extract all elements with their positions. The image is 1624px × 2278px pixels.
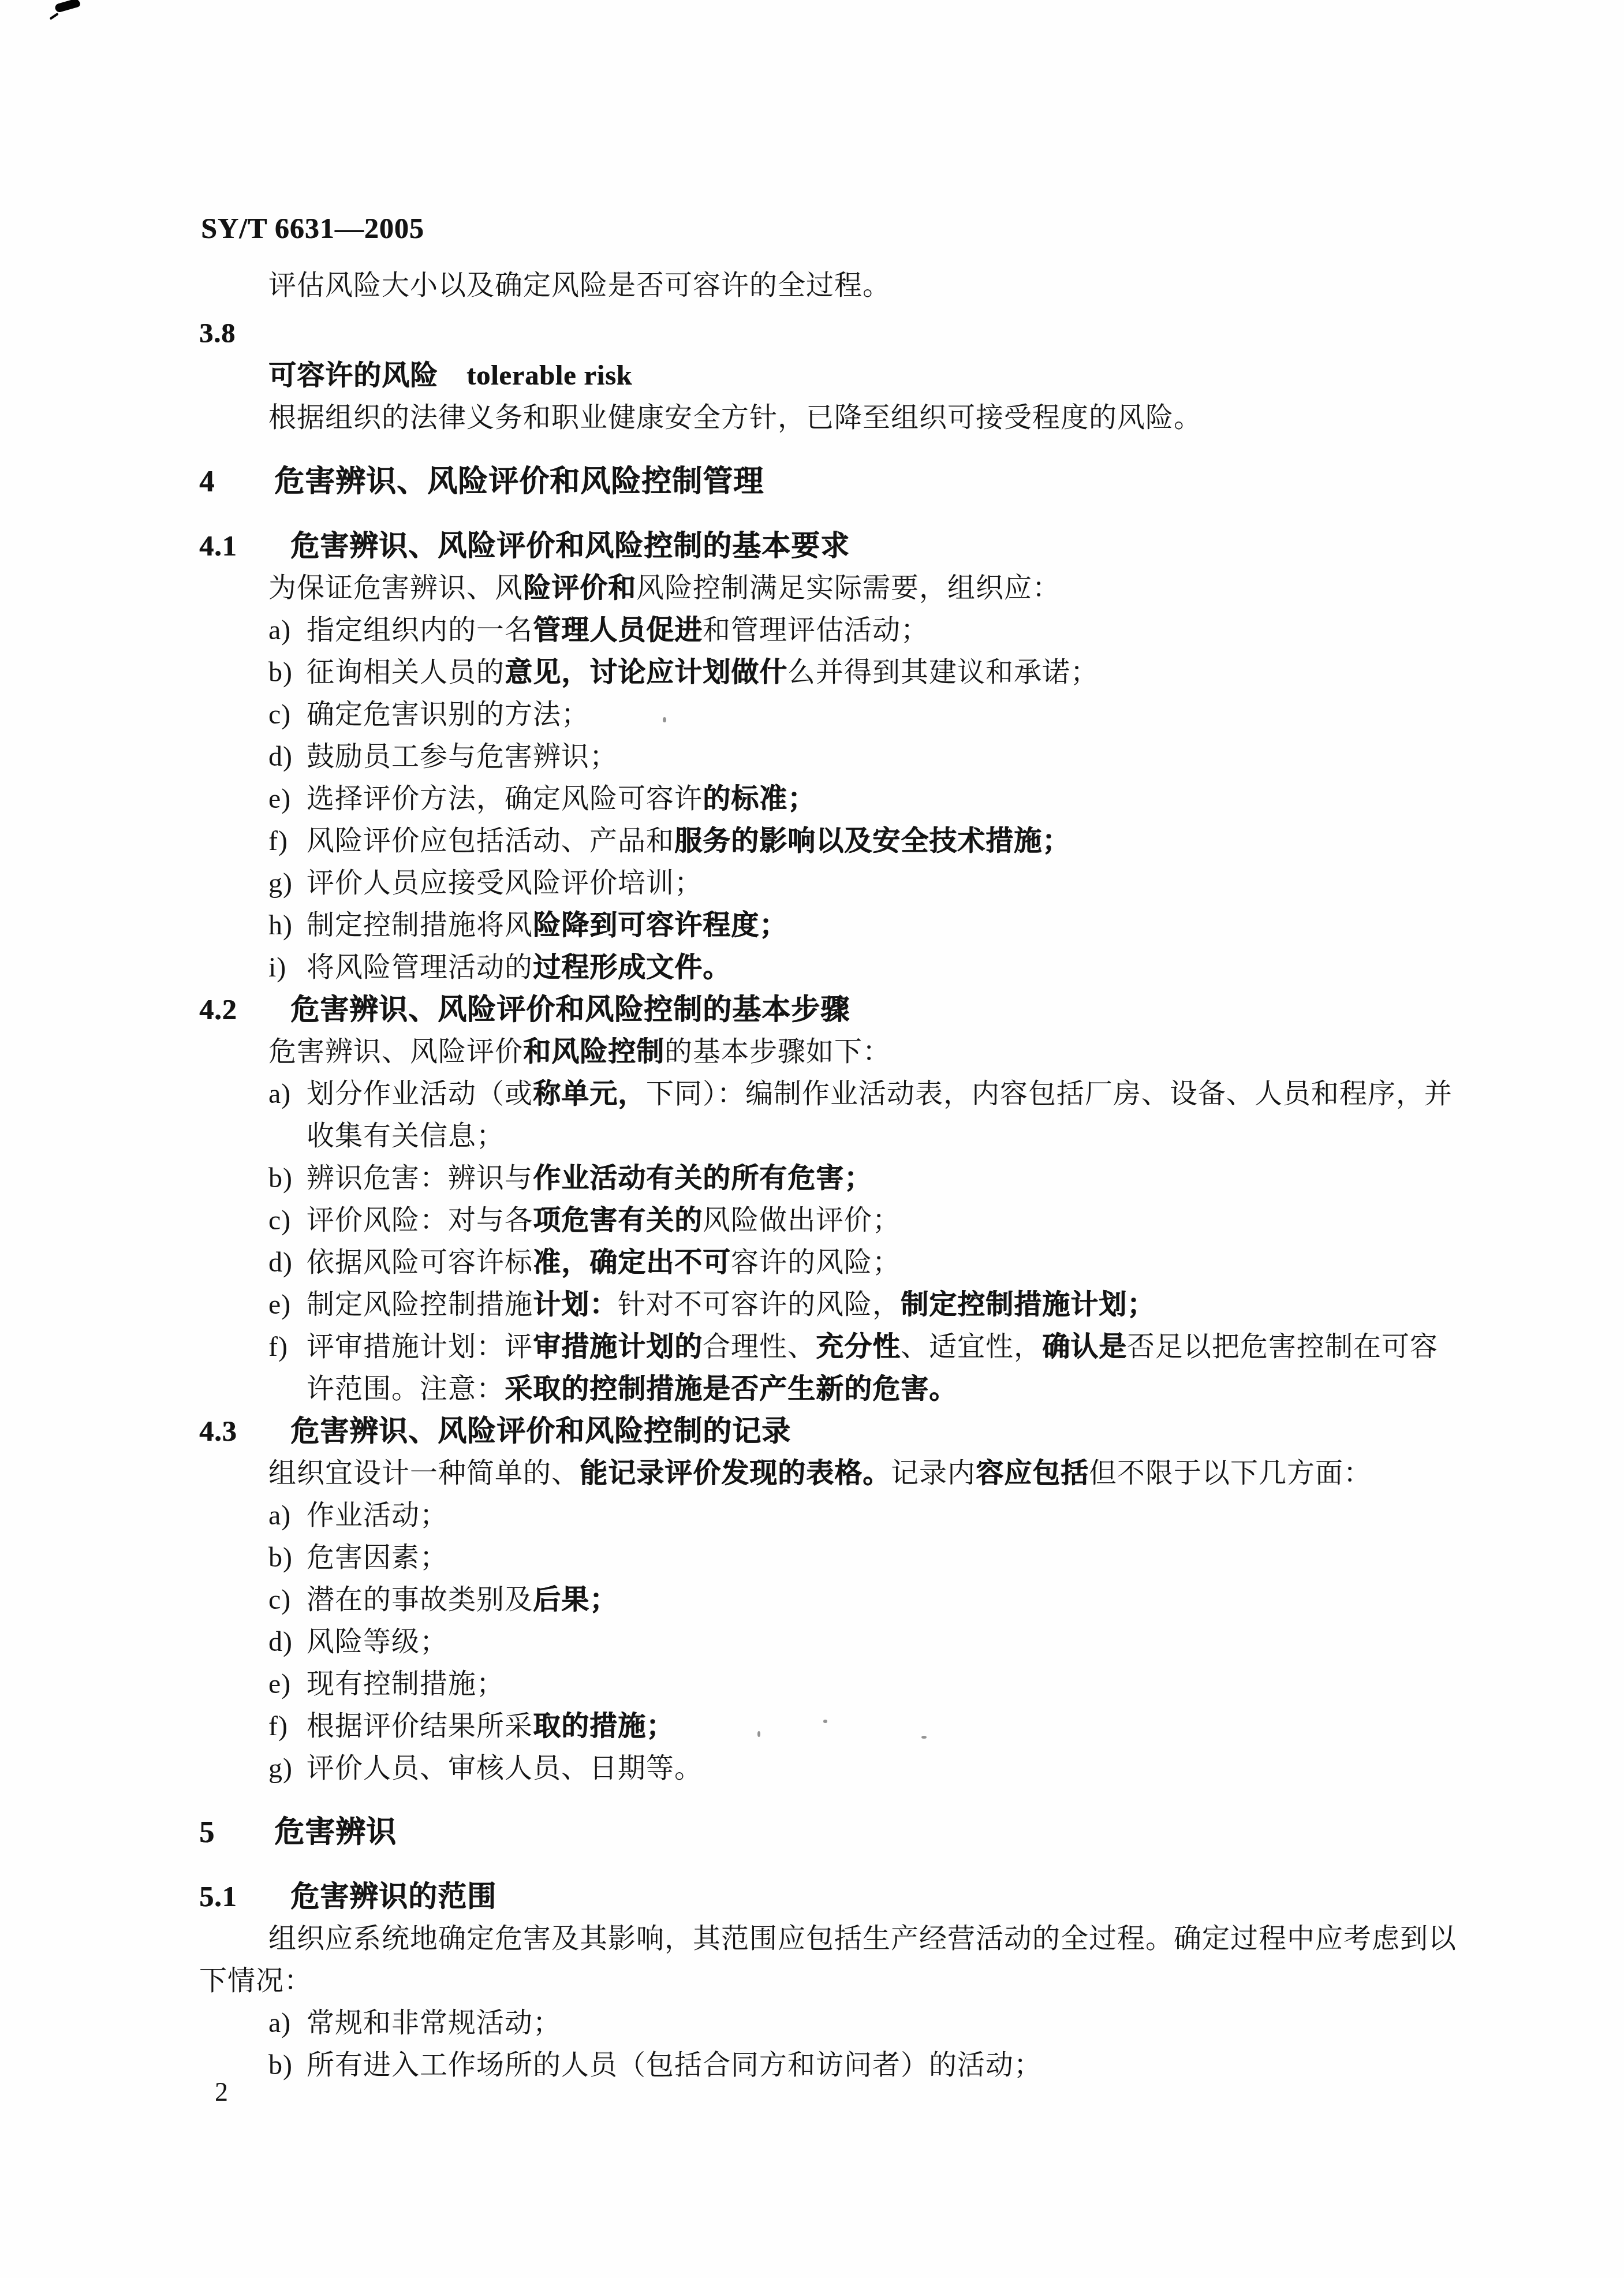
item-label: f) [268, 1705, 307, 1747]
text-segment: 征询相关人员的 [307, 657, 505, 688]
text-segment: 和管理评估活动； [703, 615, 929, 646]
text-segment: 险降到可容许程度； [533, 910, 787, 941]
text-segment: 风险控制满足实际需要，组织应： [636, 573, 1061, 603]
list-item: d)风险等级； [199, 1621, 1509, 1663]
list-item: f)评审措施计划：评审措施计划的合理性、充分性、适宜性，确认是否足以把危害控制在… [199, 1326, 1509, 1368]
text-segment: 依据风险可容许标 [307, 1247, 533, 1278]
text-segment: 评价人员应接受风险评价培训； [307, 868, 703, 898]
item-label: 5.1 [199, 1876, 290, 1918]
text-segment: 么并得到其建议和承诺； [787, 657, 1099, 688]
text-segment: 收集有关信息； [307, 1121, 505, 1151]
text-segment: 称单元， [533, 1079, 646, 1109]
item-label: 4 [199, 461, 274, 503]
paragraph: 组织宜设计一种简单的、能记录评价发现的表格。记录内容应包括但不限于以下几方面： [199, 1452, 1509, 1494]
paragraph: 危害辨识、风险评价和风险控制的基本步骤如下： [199, 1031, 1509, 1073]
page-number: 2 [215, 2078, 228, 2107]
item-label: f) [268, 1326, 307, 1368]
text-segment: 否足以把危害控制在可容 [1127, 1332, 1438, 1362]
text-segment: 容应包括 [976, 1458, 1089, 1489]
text-segment: 险评价和 [523, 573, 636, 603]
paragraph: 评估风险大小以及确定风险是否可容许的全过程。 [199, 264, 1509, 307]
item-label: e) [268, 1663, 307, 1705]
list-item: c)评价风险：对与各项危害有关的风险做出评价； [199, 1199, 1509, 1241]
paragraph: 根据组织的法律义务和职业健康安全方针，已降至组织可接受程度的风险。 [199, 397, 1509, 439]
text-segment: 将风险管理活动的 [307, 952, 533, 983]
item-label: c) [268, 694, 307, 736]
list-item: a)划分作业活动（或称单元，下同）：编制作业活动表，内容包括厂房、设备、人员和程… [199, 1073, 1509, 1115]
scan-speck [663, 717, 666, 722]
text-segment: 下同）：编制作业活动表，内容包括厂房、设备、人员和程序，并 [646, 1079, 1453, 1109]
list-item: i)将风险管理活动的过程形成文件。 [199, 946, 1509, 989]
text-segment: 过程形成文件。 [533, 952, 731, 983]
text-segment: 评审措施计划：评 [307, 1332, 533, 1362]
list-item: d)鼓励员工参与危害辨识； [199, 736, 1509, 778]
text-segment: 制定控制措施将风 [307, 910, 533, 941]
text-segment: 辨识危害：辨识与 [307, 1163, 533, 1194]
item-label: 4.3 [199, 1410, 290, 1452]
text-segment: 服务的影响以及安全技术措施； [674, 826, 1070, 856]
text-segment [438, 360, 466, 391]
text-segment: 的基本步骤如下： [664, 1037, 891, 1067]
item-label: b) [268, 651, 307, 694]
item-label: 4.2 [199, 989, 290, 1031]
text-segment: 选择评价方法，确定风险可容许 [307, 784, 703, 814]
list-item: a)作业活动； [199, 1494, 1509, 1537]
item-label: g) [268, 1747, 307, 1789]
item-label: g) [268, 862, 307, 904]
text-segment: 的标准； [703, 784, 816, 814]
text-segment: 风险评价应包括活动、产品和 [307, 826, 674, 856]
text-segment: 现有控制措施； [307, 1669, 505, 1699]
list-item: f)根据评价结果所采取的措施； [199, 1705, 1509, 1747]
list-item-continuation: 收集有关信息； [199, 1115, 1509, 1157]
list-item: f)风险评价应包括活动、产品和服务的影响以及安全技术措施； [199, 820, 1509, 862]
text-segment: 风险等级； [307, 1627, 448, 1657]
list-item: e)现有控制措施； [199, 1663, 1509, 1705]
text-segment: 危害辨识 [274, 1816, 397, 1849]
item-label: e) [268, 1284, 307, 1326]
text-segment: 作业活动； [307, 1500, 448, 1531]
list-item: a)常规和非常规活动； [199, 2002, 1509, 2044]
text-segment: 所有进入工作场所的人员（包括合同方和访问者）的活动； [307, 2050, 1042, 2081]
text-segment: 容许的风险； [731, 1247, 901, 1278]
text-segment: 制定风险控制措施 [307, 1289, 533, 1320]
text-segment: 审措施计划的 [533, 1332, 703, 1362]
list-item: e)制定风险控制措施计划：针对不可容许的风险，制定控制措施计划； [199, 1284, 1509, 1326]
text-segment: 常规和非常规活动； [307, 2008, 561, 2038]
text-segment: 取的措施； [533, 1711, 674, 1742]
item-label: c) [268, 1199, 307, 1241]
list-item-continuation: 许范围。注意：采取的控制措施是否产生新的危害。 [199, 1368, 1509, 1410]
text-segment: 3.8 [199, 318, 236, 349]
item-label: 4.1 [199, 525, 290, 567]
item-label: e) [268, 778, 307, 820]
text-segment: 记录内 [891, 1458, 976, 1489]
text-segment: 、适宜性， [901, 1332, 1042, 1362]
section-heading: 5危害辨识 [199, 1811, 1509, 1854]
document-content: 评估风险大小以及确定风险是否可容许的全过程。3.8可容许的风险 tolerabl… [0, 264, 1624, 2086]
text-segment: 计划： [533, 1289, 618, 1320]
list-item: b)危害因素； [199, 1537, 1509, 1579]
text-segment: 危害辨识、风险评价和风险控制的基本步骤 [290, 993, 850, 1026]
list-item: g)评价人员、审核人员、日期等。 [199, 1747, 1509, 1789]
subsection-heading: 4.2危害辨识、风险评价和风险控制的基本步骤 [199, 989, 1509, 1031]
item-label: d) [268, 1621, 307, 1663]
paragraph: 为保证危害辨识、风险评价和风险控制满足实际需要，组织应： [199, 567, 1509, 609]
item-label: a) [268, 2002, 307, 2044]
item-label: b) [268, 1157, 307, 1199]
text-segment: 下情况： [199, 1966, 312, 1996]
text-segment: 危害因素； [307, 1542, 448, 1573]
text-segment: 风险做出评价； [703, 1205, 901, 1236]
text-segment: 项危害有关的 [533, 1205, 703, 1236]
text-segment: 危害辨识、风险评价和风险控制的基本要求 [290, 530, 850, 562]
text-segment: 意见，讨论应计划做什 [505, 657, 787, 688]
text-segment: 许范围。注意： [307, 1374, 505, 1404]
list-item: b)征询相关人员的意见，讨论应计划做什么并得到其建议和承诺； [199, 651, 1509, 694]
text-segment: 可容许的风险 [268, 360, 438, 391]
text-segment: 后果； [533, 1584, 618, 1615]
text-segment: 准，确定出不可 [533, 1247, 731, 1278]
text-segment: 危害辨识、风险评价 [268, 1037, 523, 1067]
section-heading: 4危害辨识、风险评价和风险控制管理 [199, 461, 1509, 503]
list-item: c)确定危害识别的方法； [199, 694, 1509, 736]
list-item: e)选择评价方法，确定风险可容许的标准； [199, 778, 1509, 820]
item-label: a) [268, 1073, 307, 1115]
text-segment: 根据评价结果所采 [307, 1711, 533, 1742]
subsection-heading: 5.1危害辨识的范围 [199, 1876, 1509, 1918]
text-segment: 和风险控制 [523, 1037, 664, 1067]
text-segment: 作业活动有关的所有危害； [533, 1163, 872, 1194]
text-segment: 制定控制措施计划； [901, 1289, 1155, 1320]
scan-speck [757, 1731, 760, 1737]
item-label: d) [268, 1241, 307, 1284]
text-segment: 评估风险大小以及确定风险是否可容许的全过程。 [268, 270, 891, 301]
list-item: c)潜在的事故类别及后果； [199, 1579, 1509, 1621]
text-segment: 能记录评价发现的表格。 [580, 1458, 891, 1489]
text-segment: 危害辨识、风险评价和风险控制的记录 [290, 1415, 791, 1447]
text-segment: 评价风险：对与各 [307, 1205, 533, 1236]
scan-speck [823, 1720, 827, 1723]
text-segment: 潜在的事故类别及 [307, 1584, 533, 1615]
text-segment: tolerable risk [466, 360, 632, 391]
text-segment: 组织宜设计一种简单的、 [268, 1458, 580, 1489]
item-label: a) [268, 1494, 307, 1537]
text-segment: 危害辨识的范围 [290, 1880, 496, 1912]
paragraph: 可容许的风险 tolerable risk [199, 355, 1509, 397]
text-segment: 指定组织内的一名 [307, 615, 533, 646]
text-segment: 充分性 [816, 1332, 901, 1362]
text-segment: 组织应系统地确定危害及其影响，其范围应包括生产经营活动的全过程。确定过程中应考虑… [268, 1923, 1457, 1954]
list-item: g)评价人员应接受风险评价培训； [199, 862, 1509, 904]
text-segment: 根据组织的法律义务和职业健康安全方针，已降至组织可接受程度的风险。 [268, 402, 1202, 433]
item-label: a) [268, 609, 307, 651]
item-label: i) [268, 946, 307, 989]
text-segment: 针对不可容许的风险， [618, 1289, 901, 1320]
item-label: c) [268, 1579, 307, 1621]
scan-speck [921, 1736, 927, 1739]
list-item: d)依据风险可容许标准，确定出不可容许的风险； [199, 1241, 1509, 1284]
text-segment: 管理人员促进 [533, 615, 703, 646]
subsection-heading: 4.1危害辨识、风险评价和风险控制的基本要求 [199, 525, 1509, 567]
text-segment: 合理性、 [703, 1332, 816, 1362]
text-segment: 但不限于以下几方面： [1089, 1458, 1372, 1489]
item-label: d) [268, 736, 307, 778]
item-label: f) [268, 820, 307, 862]
paragraph: 组织应系统地确定危害及其影响，其范围应包括生产经营活动的全过程。确定过程中应考虑… [199, 1918, 1509, 1960]
clause-number: 3.8 [199, 312, 1509, 355]
ink-mark [54, 0, 81, 13]
text-segment: 评价人员、审核人员、日期等。 [307, 1753, 703, 1784]
item-label: 5 [199, 1811, 274, 1854]
text-segment: 采取的控制措施是否产生新的危害。 [505, 1374, 957, 1404]
item-label: h) [268, 904, 307, 946]
document-page: SY/T 6631—2005 评估风险大小以及确定风险是否可容许的全过程。3.8… [0, 0, 1624, 2278]
list-item: a)指定组织内的一名管理人员促进和管理评估活动； [199, 609, 1509, 651]
item-label: b) [268, 1537, 307, 1579]
text-segment: 危害辨识、风险评价和风险控制管理 [274, 465, 764, 498]
text-segment: 鼓励员工参与危害辨识； [307, 741, 618, 772]
text-segment: 为保证危害辨识、风 [268, 573, 523, 603]
list-item: b)所有进入工作场所的人员（包括合同方和访问者）的活动； [199, 2044, 1509, 2086]
list-item: b)辨识危害：辨识与作业活动有关的所有危害； [199, 1157, 1509, 1199]
text-segment: 确认是 [1042, 1332, 1127, 1362]
list-item: h)制定控制措施将风险降到可容许程度； [199, 904, 1509, 946]
page-header: SY/T 6631—2005 [201, 211, 424, 245]
text-segment: 划分作业活动（或 [307, 1079, 533, 1109]
subsection-heading: 4.3危害辨识、风险评价和风险控制的记录 [199, 1410, 1509, 1452]
item-label: b) [268, 2044, 307, 2086]
text-segment: 确定危害识别的方法； [307, 699, 589, 730]
paragraph: 下情况： [199, 1960, 1509, 2002]
